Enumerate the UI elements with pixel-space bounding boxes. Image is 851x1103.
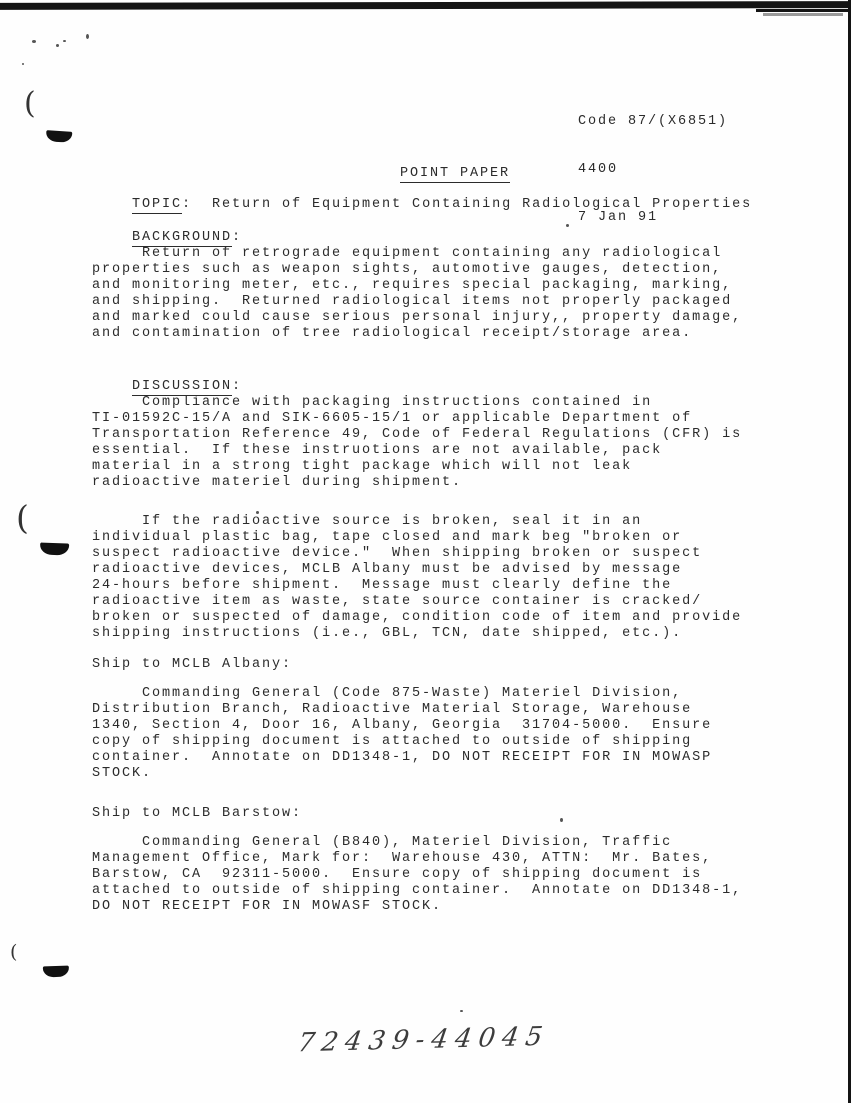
scan-speck	[86, 34, 89, 39]
scan-speck	[460, 1010, 463, 1012]
ship-barstow-heading: Ship to MCLB Barstow:	[92, 806, 302, 822]
hole-punch-shadow	[43, 966, 69, 978]
background-paragraph: Return of retrograde equipment containin…	[92, 246, 742, 342]
discussion-paragraph-2: If the radioactive source is broken, sea…	[92, 514, 742, 642]
scan-edge-top-right	[756, 9, 851, 12]
hole-punch-shadow	[46, 130, 73, 143]
scan-speck	[56, 44, 59, 47]
margin-paren-mark: (	[16, 510, 31, 526]
scan-edge-top	[0, 1, 851, 10]
letterhead-codes: Code 87/(X6851) 4400 7 Jan 91	[578, 82, 728, 258]
ship-albany-paragraph: Commanding General (Code 875-Waste) Mate…	[92, 686, 712, 782]
background-colon: :	[232, 230, 242, 245]
ship-barstow-paragraph: Commanding General (B840), Materiel Divi…	[92, 835, 742, 915]
discussion-label: DISCUSSION	[132, 379, 232, 396]
scan-speck	[63, 40, 66, 42]
scan-speck	[560, 818, 563, 822]
topic-label: TOPIC	[132, 197, 182, 214]
margin-paren-mark: (	[24, 96, 38, 112]
scan-edge-top-gray-line	[763, 13, 843, 16]
topic-text: : Return of Equipment Containing Radiolo…	[182, 197, 752, 212]
code-line-2: 4400	[578, 162, 728, 178]
margin-paren-mark: (	[10, 944, 19, 960]
handwritten-number: 72439-44045	[297, 1029, 551, 1052]
ship-albany-heading: Ship to MCLB Albany:	[92, 657, 292, 673]
code-line-1: Code 87/(X6851)	[578, 114, 728, 130]
discussion-paragraph-1: Compliance with packaging instructions c…	[92, 395, 742, 491]
hole-punch-shadow	[40, 542, 69, 555]
discussion-colon: :	[232, 379, 242, 394]
background-label: BACKGROUND	[132, 230, 232, 247]
scanned-document-page: ( ( ( Code 87/(X6851) 4400 7 Jan 91 POIN…	[0, 0, 851, 1103]
scan-speck	[32, 40, 36, 43]
scan-speck	[22, 63, 24, 65]
